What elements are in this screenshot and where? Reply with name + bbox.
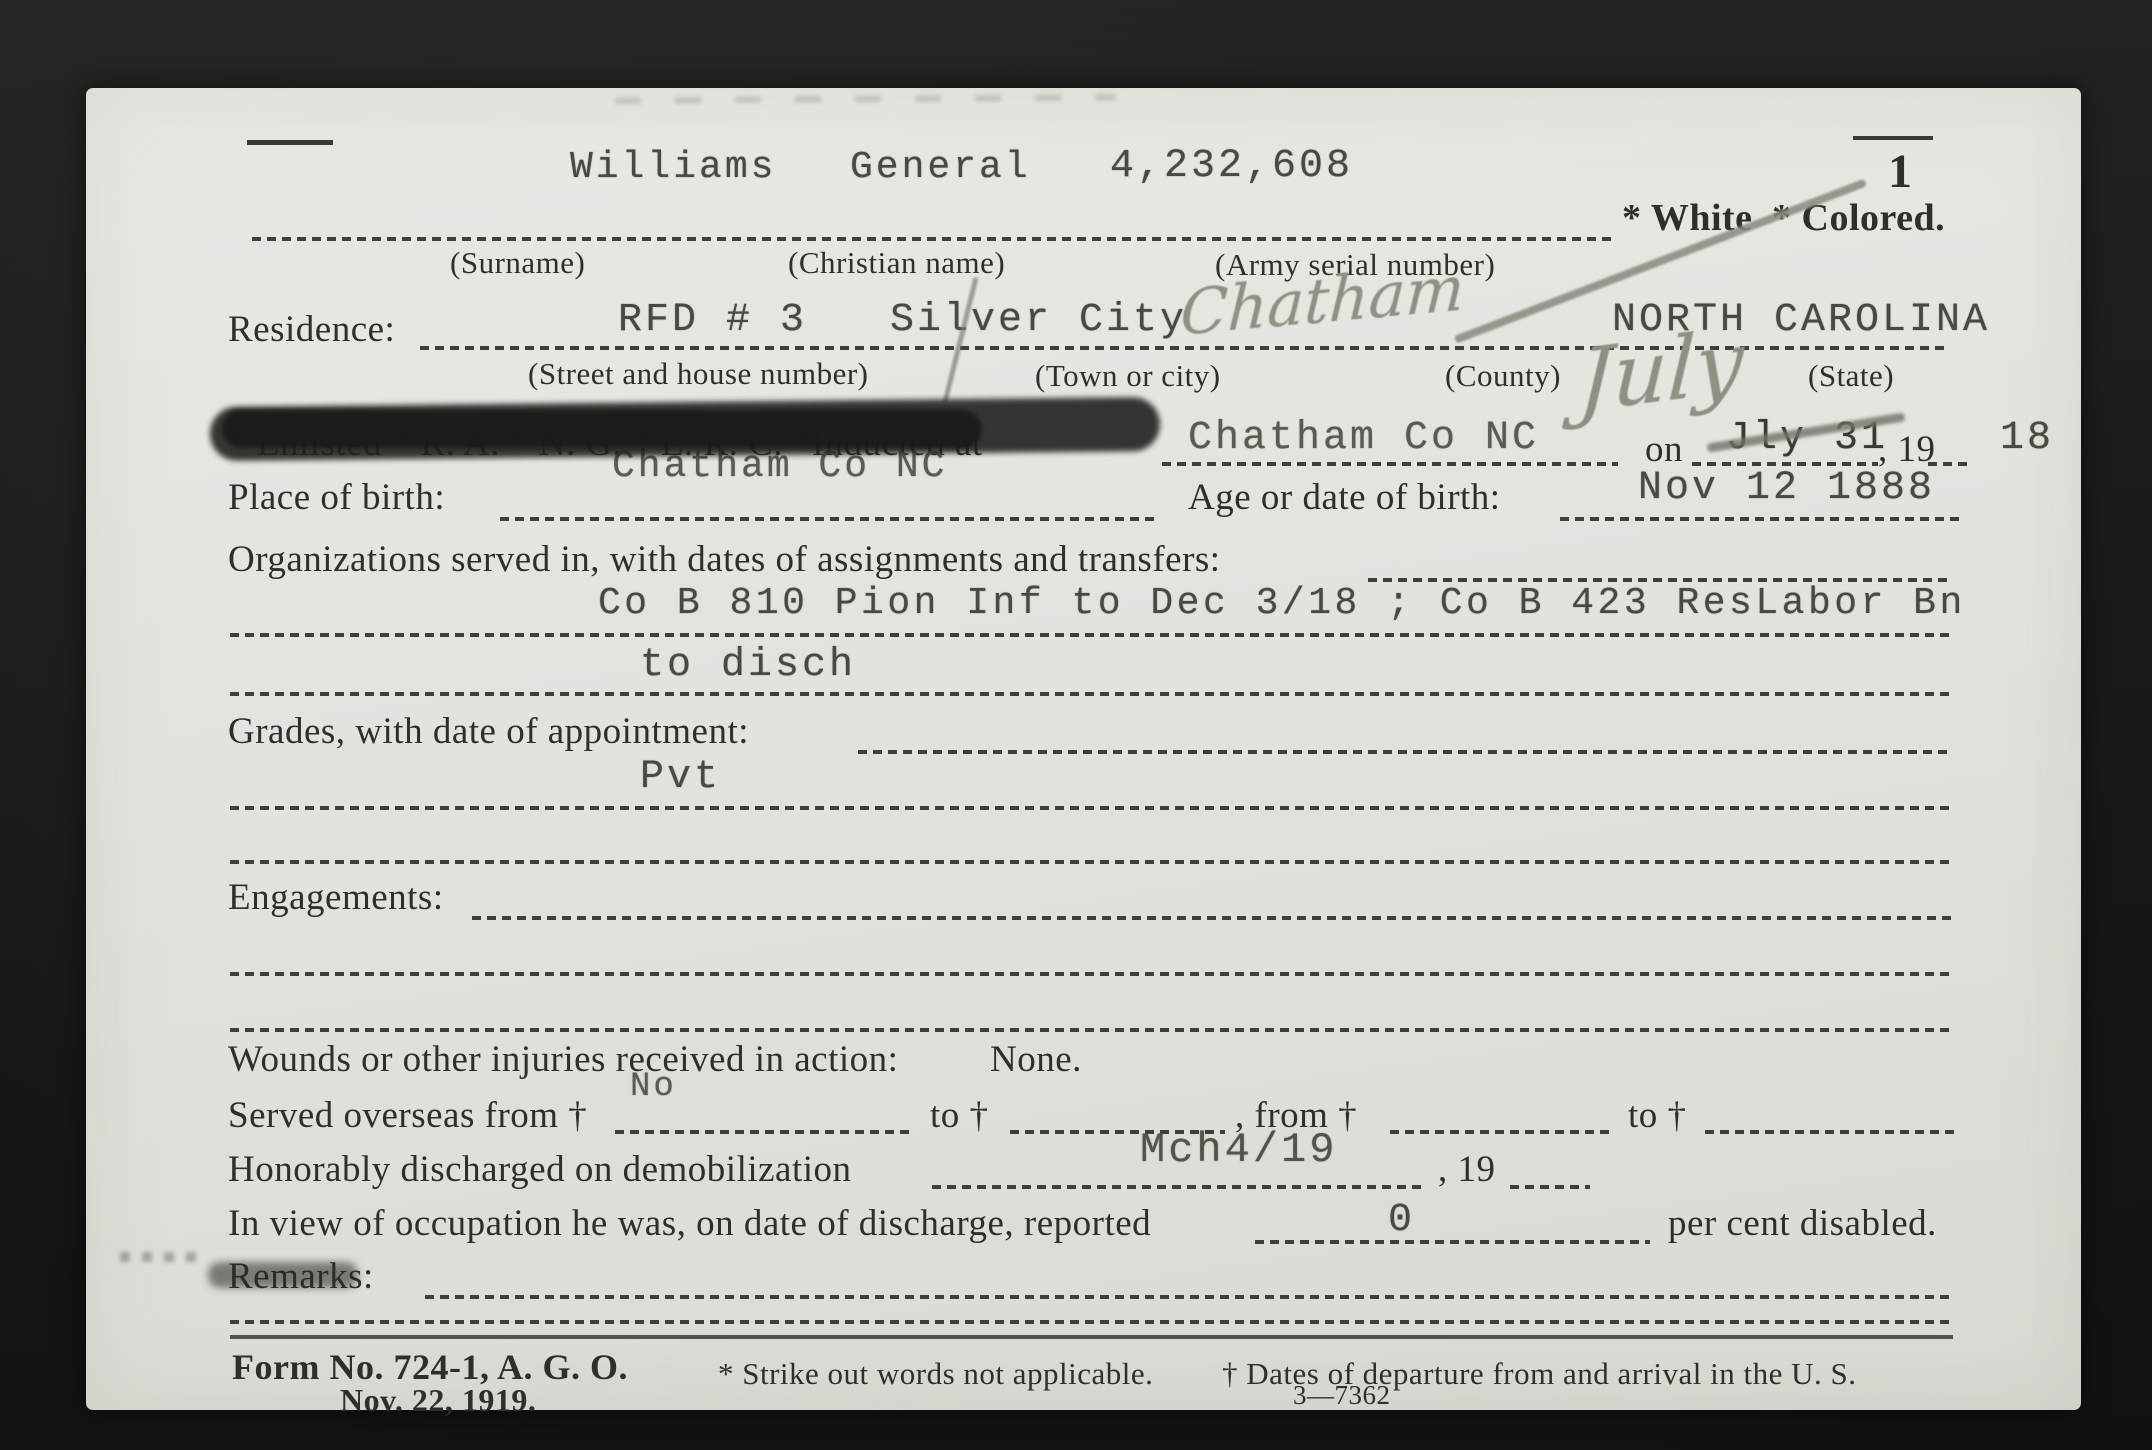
strike-out-note: * Strike out words not applicable. [718,1356,1153,1392]
residence-town-value: Silver City [890,298,1187,343]
surname-label: (Surname) [450,245,585,281]
organizations-line1: Co B 810 Pion Inf to Dec 3/18 ; Co B 423… [598,582,1966,625]
organizations-label: Organizations served in, with dates of a… [228,538,1221,581]
inducted-year-typed: 18 [2000,416,2054,461]
overseas-to2-label: to † [1628,1094,1687,1137]
birth-age-label: Age or date of birth: [1188,476,1501,519]
wounds-label: Wounds or other injuries received in act… [228,1038,898,1081]
grades-label: Grades, with date of appointment: [228,710,749,753]
organizations-line2: to disch [640,643,856,688]
fill-line-engagements-1 [472,916,1952,920]
grades-value: Pvt [640,755,721,800]
fill-line-engagements-3 [230,1028,1953,1032]
engagements-label: Engagements: [228,876,444,919]
top-left-rule [247,140,333,145]
fill-line-name [252,237,1617,241]
fill-line-bottom [230,1320,1953,1324]
inducted-place-value: Chatham Co NC [1188,416,1539,461]
birth-place-label: Place of birth: [228,476,445,519]
pencil-smudge-remarks [208,1262,358,1288]
discharge-year-label: , 19 [1438,1148,1496,1191]
print-code: 3—7362 [1293,1380,1391,1411]
street-label: (Street and house number) [528,356,868,392]
disability-value: 0 [1388,1198,1415,1243]
disability-suffix-label: per cent disabled. [1668,1202,1937,1245]
disability-label: In view of occupation he was, on date of… [228,1202,1151,1245]
fill-line-organizations-2 [230,633,1953,637]
fill-line-engagements-2 [230,972,1953,976]
fill-line-discharge-date [932,1185,1425,1189]
fill-line-remarks [425,1295,1953,1299]
footer-divider-rule [230,1335,1953,1339]
page-number: 1 [1888,144,1913,199]
scan-background: 1 Williams General 4,232,608 * White * C… [0,0,2152,1450]
serial-number-value: 4,232,608 [1110,144,1353,189]
inducted-year-label: , 19 [1878,428,1936,471]
discharge-label: Honorably discharged on demobilization [228,1148,852,1191]
fill-line-birth-place [500,517,1160,521]
overseas-to-label: to † [930,1094,989,1137]
residence-label: Residence: [228,308,395,351]
fill-line-disability [1255,1240,1650,1244]
fill-line-grades-3 [230,860,1953,864]
christian-name-label: (Christian name) [788,245,1005,281]
inducted-on-label: on [1645,428,1683,471]
page-number-rule [1853,136,1933,140]
fill-line-overseas-3 [1390,1130,1615,1134]
overseas-from-label: Served overseas from † [228,1094,587,1137]
fill-line-discharge-year [1510,1185,1590,1189]
colored-option-label: * Colored. [1772,196,1945,240]
pencil-smudge-remarks-dots [120,1252,200,1262]
fill-line-grades-2 [230,806,1953,810]
fill-line-overseas-4 [1705,1130,1960,1134]
discharge-date-value: Mch4/19 [1140,1126,1337,1174]
christian-name-value: General [850,146,1031,189]
form-date: Nov. 22, 1919. [340,1382,536,1419]
county-label: (County) [1445,358,1561,394]
fill-line-grades-1 [858,750,1953,754]
pencil-blackout-smear-core [222,410,982,448]
state-label: (State) [1808,358,1894,394]
town-label: (Town or city) [1035,358,1221,394]
wounds-value: None. [990,1038,1082,1081]
fill-line-birth-date [1560,517,1965,521]
inducted-month-handwritten: July [1576,311,1746,433]
fill-line-overseas-1 [615,1130,915,1134]
surname-value: Williams [570,146,776,189]
fill-line-inducted-place [1162,462,1618,466]
residence-street-value: RFD # 3 [618,298,807,343]
birth-date-value: Nov 12 1888 [1638,466,1935,511]
overseas-from-value: No [630,1068,677,1106]
fill-line-organizations-3 [230,692,1953,696]
